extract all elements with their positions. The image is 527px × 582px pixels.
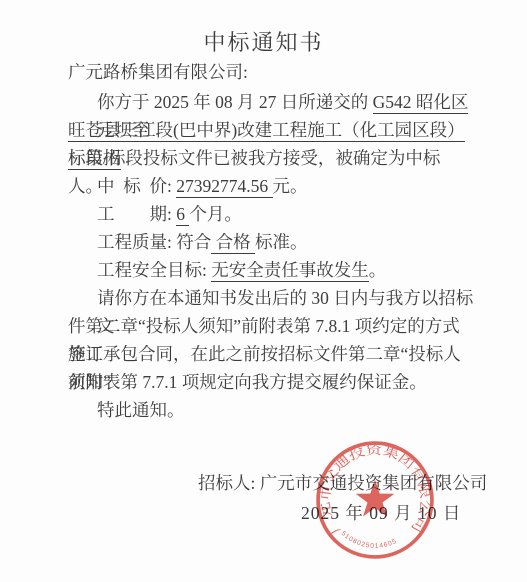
- body-line: 特此通知。: [68, 396, 474, 424]
- filled-blank: 合格: [211, 232, 255, 254]
- body-line: 你方于 2025 年 08 月 27 日所递交的 G542 昭化区元坝至: [68, 88, 474, 116]
- body-line: 旺苍县三江段(巴中界)改建工程施工（化工园区段）标段招: [68, 116, 474, 144]
- body-line: 工程质量: 符合 合格 标准。: [68, 228, 474, 256]
- body-line: 工程安全目标: 无安全责任事故发生。: [68, 256, 474, 284]
- text-segment: 前附表第 7.7.1 项规定向我方提交履约保证金。: [68, 372, 427, 392]
- text-segment: 特此通知。: [97, 400, 185, 420]
- body-line: 中 标 价: 27392774.56 元。: [68, 172, 474, 200]
- text-segment: 元。: [273, 176, 308, 196]
- text-segment: 。: [369, 260, 387, 280]
- issuer-line: 招标人: 广元市交通投资集团有限公司: [198, 470, 487, 495]
- filled-blank: 6: [176, 204, 189, 226]
- body-line: 施工承包合同，在此之前按招标文件第二章“投标人须知”: [68, 340, 474, 368]
- body-line: 前附表第 7.7.1 项规定向我方提交履约保证金。: [68, 368, 474, 396]
- issue-date: 2025 年 09 月 10 日: [301, 500, 461, 525]
- text-segment: 你方于 2025 年 08 月 27 日所递交的: [97, 92, 373, 112]
- text-segment: 个月。: [189, 204, 242, 224]
- text-segment: 标第: [68, 148, 103, 168]
- filled-blank: 无安全责任事故发生: [211, 260, 369, 282]
- issuer-name: 广元市交通投资集团有限公司: [260, 473, 488, 493]
- body-line: 请你方在本通知书发出后的 30 日内与我方以招标文: [68, 284, 474, 312]
- text-segment: 中 标 价:: [97, 176, 176, 196]
- body-line: 标第/标段投标文件已被我方接受，被确定为中标人。: [68, 144, 474, 172]
- text-segment: 标准。: [255, 232, 308, 252]
- notice-page: 中标通知书 广元路桥集团有限公司: 你方于 2025 年 08 月 27 日所递…: [0, 0, 527, 582]
- recipient-line: 广元路桥集团有限公司:: [68, 59, 248, 84]
- text-segment: 工程质量: 符合: [97, 232, 211, 252]
- document-body: 你方于 2025 年 08 月 27 日所递交的 G542 昭化区元坝至旺苍县三…: [68, 88, 474, 424]
- filled-blank: 27392774.56: [176, 176, 272, 198]
- seal-code: 5108025014605: [340, 530, 399, 550]
- page-title: 中标通知书: [0, 26, 527, 57]
- body-line: 工 期: 6 个月。: [68, 200, 474, 228]
- issuer-label: 招标人:: [198, 473, 260, 493]
- body-line: 件第二章“投标人须知”前附表第 7.8.1 项约定的方式签订: [68, 312, 474, 340]
- text-segment: 工 期:: [97, 204, 176, 224]
- text-segment: 工程安全目标:: [97, 260, 211, 280]
